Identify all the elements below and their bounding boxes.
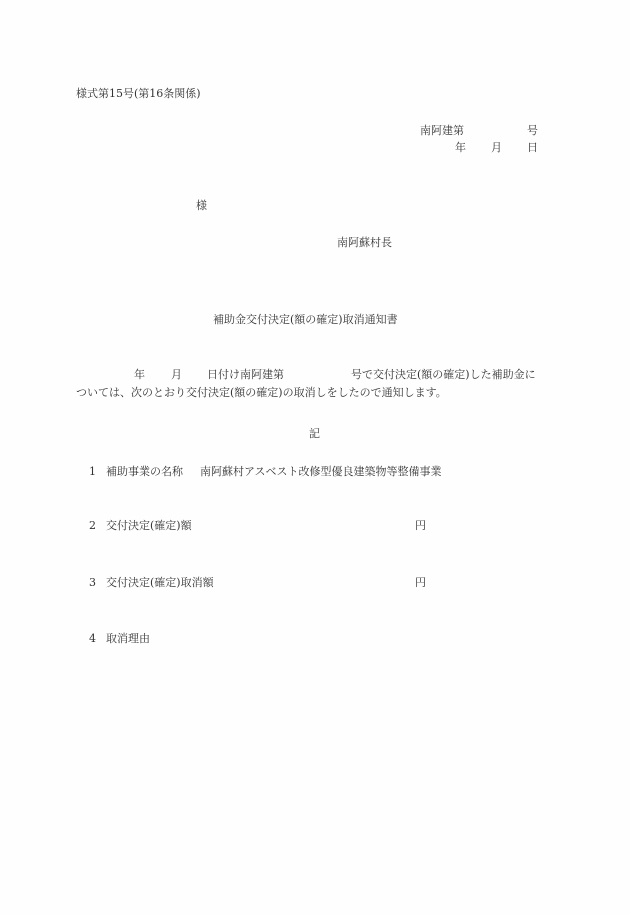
date-month: 月	[491, 142, 502, 153]
ki-label: 記	[309, 428, 320, 439]
date-day: 日	[527, 142, 538, 153]
body-year: 年	[134, 369, 145, 380]
document-page: 様式第15号(第16条関係) 南阿建第 号 年 月 日 様 南阿蘇村長 補助金交…	[0, 0, 630, 915]
item-unit: 円	[415, 520, 426, 531]
body-line2: ついては、次のとおり交付決定(額の確定)の取消しをしたので通知します。	[76, 387, 447, 398]
item-unit: 円	[415, 577, 426, 588]
item-label: 交付決定(確定)額	[106, 520, 192, 531]
recipient-suffix: 様	[196, 200, 207, 211]
body-dated-ref: 日付け南阿建第	[207, 369, 284, 380]
item-label: 補助事業の名称	[106, 466, 183, 477]
date-year: 年	[455, 142, 466, 153]
reference-suffix: 号	[527, 125, 538, 136]
body-month: 月	[171, 369, 182, 380]
issuer: 南阿蘇村長	[337, 237, 392, 248]
item-number: 3	[89, 577, 96, 588]
item-number: 2	[89, 520, 96, 531]
item-label: 交付決定(確定)取消額	[106, 577, 214, 588]
item-number: 1	[89, 466, 96, 477]
item-number: 4	[89, 633, 96, 644]
item-value: 南阿蘇村アスベスト改修型優良建築物等整備事業	[200, 466, 442, 477]
body-line1-rest: 号で交付決定(額の確定)した補助金に	[351, 369, 536, 380]
document-title: 補助金交付決定(額の確定)取消通知書	[213, 314, 398, 325]
form-number: 様式第15号(第16条関係)	[76, 88, 201, 99]
reference-prefix: 南阿建第	[420, 125, 464, 136]
item-label: 取消理由	[106, 633, 150, 644]
